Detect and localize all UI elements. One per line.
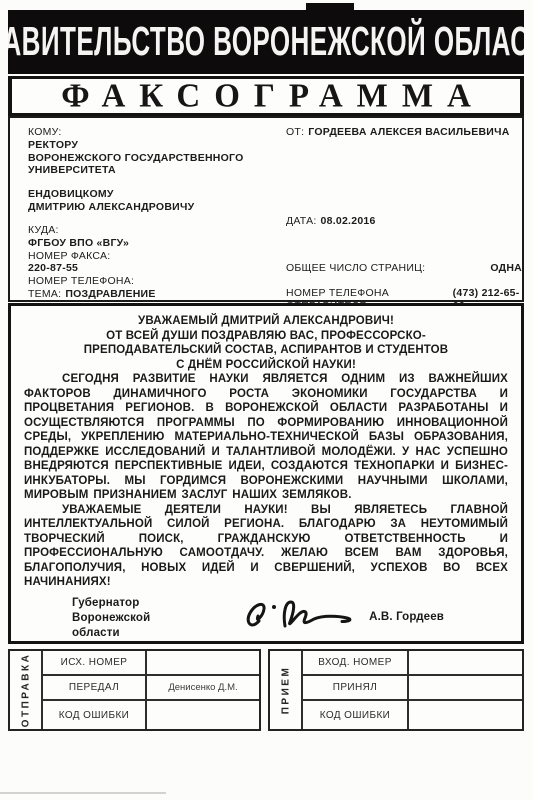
pages-line: ОБЩЕЕ ЧИСЛО СТРАНИЦ:ОДНА xyxy=(286,262,522,275)
date-line: ДАТА:08.02.2016 xyxy=(286,215,376,228)
topic-value: ПОЗДРАВЛЕНИЕ xyxy=(65,288,155,300)
send-section-title-text: ОТПРАВКА xyxy=(20,653,31,728)
greeting-line: ОТ ВСЕЙ ДУШИ ПОЗДРАВЛЯЮ ВАС, ПРОФЕССОРСК… xyxy=(24,329,508,344)
destination-block: КУДА: ФГБОУ ВПО «ВГУ» НОМЕР ФАКСА: 220-8… xyxy=(28,224,156,301)
topic-line: ТЕМА:ПОЗДРАВЛЕНИЕ xyxy=(28,288,156,301)
fax-document-page: ПРАВИТЕЛЬСТВО ВОРОНЕЖСКОЙ ОБЛАСТИ ФАКСОГ… xyxy=(0,0,533,800)
outgoing-number-value xyxy=(147,651,259,676)
greeting-line: ПРЕПОДАВАТЕЛЬСКИЙ СОСТАВ, АСПИРАНТОВ И С… xyxy=(24,343,508,358)
greeting-line: С ДНЁМ РОССИЙСКОЙ НАУКИ! xyxy=(24,358,508,373)
receive-error-code-value xyxy=(409,701,522,729)
handwritten-signature-icon xyxy=(241,594,369,639)
date-label: ДАТА: xyxy=(286,215,317,227)
faxogram-title-box: ФАКСОГРАММА xyxy=(8,76,524,116)
greeting-line: УВАЖАЕМЫЙ ДМИТРИЙ АЛЕКСАНДРОВИЧ! xyxy=(24,314,508,329)
from-label: ОТ: xyxy=(286,126,304,138)
to-label: КОМУ: xyxy=(28,126,244,139)
fax-number-value: 220-87-55 xyxy=(28,262,156,275)
recipient-person-block: ЕНДОВИЦКОМУ ДМИТРИЮ АЛЕКСАНДРОВИЧУ xyxy=(28,188,194,214)
letter-paragraph-2: УВАЖАЕМЫЕ ДЕЯТЕЛИ НАУКИ! ВЫ ЯВЛЯЕТЕСЬ ГЛ… xyxy=(24,503,508,590)
transmitted-by-label: ПЕРЕДАЛ xyxy=(43,676,147,701)
send-error-code-label: КОД ОШИБКИ xyxy=(43,701,147,729)
letter-paragraph-1: СЕГОДНЯ РАЗВИТИЕ НАУКИ ЯВЛЯЕТСЯ ОДНИМ ИЗ… xyxy=(24,372,508,503)
signer-position: Губернатор Воронежской области xyxy=(72,596,185,641)
to-person-line: ДМИТРИЮ АЛЕКСАНДРОВИЧУ xyxy=(28,201,194,214)
outgoing-number-label: ИСХ. НОМЕР xyxy=(43,651,147,676)
received-by-label: ПРИНЯЛ xyxy=(303,676,409,701)
government-banner-title: ПРАВИТЕЛЬСТВО ВОРОНЕЖСКОЙ ОБЛАСТИ xyxy=(8,18,524,66)
pages-label: ОБЩЕЕ ЧИСЛО СТРАНИЦ: xyxy=(286,262,425,275)
receive-error-code-label: КОД ОШИБКИ xyxy=(303,701,409,729)
faxogram-title: ФАКСОГРАММА xyxy=(47,77,485,115)
received-by-value xyxy=(409,676,522,701)
incoming-number-label: ВХОД. НОМЕР xyxy=(303,651,409,676)
phone-number-label: НОМЕР ТЕЛЕФОНА: xyxy=(28,275,156,288)
send-error-code-value xyxy=(147,701,259,729)
to-org-line: ВОРОНЕЖСКОГО ГОСУДАРСТВЕННОГО xyxy=(28,152,244,165)
where-label: КУДА: xyxy=(28,224,156,237)
signer-name: А.В. Гордеев xyxy=(369,610,444,625)
transmitted-by-value: Денисенко Д.М. xyxy=(147,676,259,701)
receive-section-title-text: ПРИЕМ xyxy=(280,666,291,715)
fax-header-box: КОМУ: РЕКТОРУ ВОРОНЕЖСКОГО ГОСУДАРСТВЕНН… xyxy=(8,116,524,302)
transmission-table-send: ОТПРАВКА ИСХ. НОМЕР ПЕРЕДАЛ Денисенко Д.… xyxy=(8,649,261,731)
recipient-block: КОМУ: РЕКТОРУ ВОРОНЕЖСКОГО ГОСУДАРСТВЕНН… xyxy=(28,126,244,177)
to-org-line: РЕКТОРУ xyxy=(28,139,244,152)
topic-label: ТЕМА: xyxy=(28,288,61,300)
letter-body-box: УВАЖАЕМЫЙ ДМИТРИЙ АЛЕКСАНДРОВИЧ! ОТ ВСЕЙ… xyxy=(8,303,524,644)
sender-line: ОТ:ГОРДЕЕВА АЛЕКСЕЯ ВАСИЛЬЕВИЧА xyxy=(286,126,510,139)
date-value: 08.02.2016 xyxy=(321,215,376,227)
to-org-line: УНИВЕРСИТЕТА xyxy=(28,164,244,177)
government-banner: ПРАВИТЕЛЬСТВО ВОРОНЕЖСКОЙ ОБЛАСТИ xyxy=(8,10,524,74)
to-person-line: ЕНДОВИЦКОМУ xyxy=(28,188,194,201)
signer-position-line: Воронежской области xyxy=(72,611,185,641)
transmission-table-receive: ПРИЕМ ВХОД. НОМЕР ПРИНЯЛ КОД ОШИБКИ xyxy=(268,649,524,731)
scan-artifact-bottom xyxy=(0,792,166,794)
receive-section-title: ПРИЕМ xyxy=(270,651,303,729)
incoming-number-value xyxy=(409,651,522,676)
where-value: ФГБОУ ВПО «ВГУ» xyxy=(28,237,156,250)
signer-position-line: Губернатор xyxy=(72,596,185,611)
fax-number-label: НОМЕР ФАКСА: xyxy=(28,250,156,263)
pages-value: ОДНА xyxy=(490,262,522,275)
send-section-title: ОТПРАВКА xyxy=(10,651,43,729)
from-value: ГОРДЕЕВА АЛЕКСЕЯ ВАСИЛЬЕВИЧА xyxy=(308,126,509,138)
signature-row: Губернатор Воронежской области А.В. Горд… xyxy=(24,596,508,641)
